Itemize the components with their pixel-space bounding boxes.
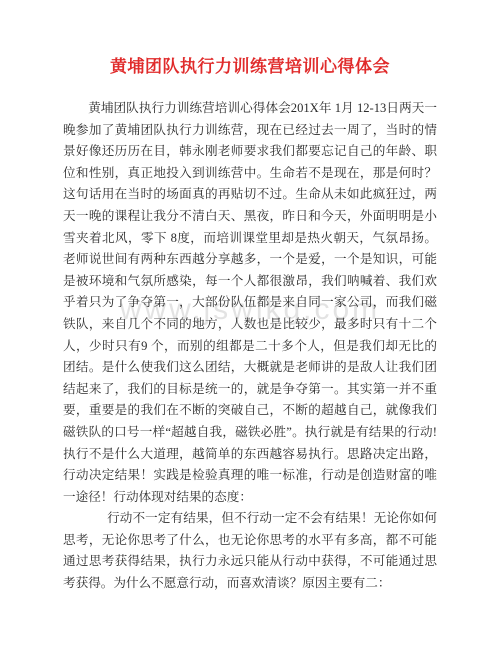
document-body: 黄埔团队执行力训练营培训心得体会201X年 1月 12-13日两天一晚参加了黄埔… — [63, 98, 437, 595]
paragraph-1: 黄埔团队执行力训练营培训心得体会201X年 1月 12-13日两天一晚参加了黄埔… — [63, 98, 437, 508]
document-page: www.jswlkg.com 黄埔团队执行力训练营培训心得体会 黄埔团队执行力训… — [0, 0, 500, 648]
paragraph-2: 行动不一定有结果，但不行动一定不会有结果！无论你如何思考，无论你思考了什么，也无… — [63, 508, 437, 594]
document-title: 黄埔团队执行力训练营培训心得体会 — [0, 52, 500, 77]
